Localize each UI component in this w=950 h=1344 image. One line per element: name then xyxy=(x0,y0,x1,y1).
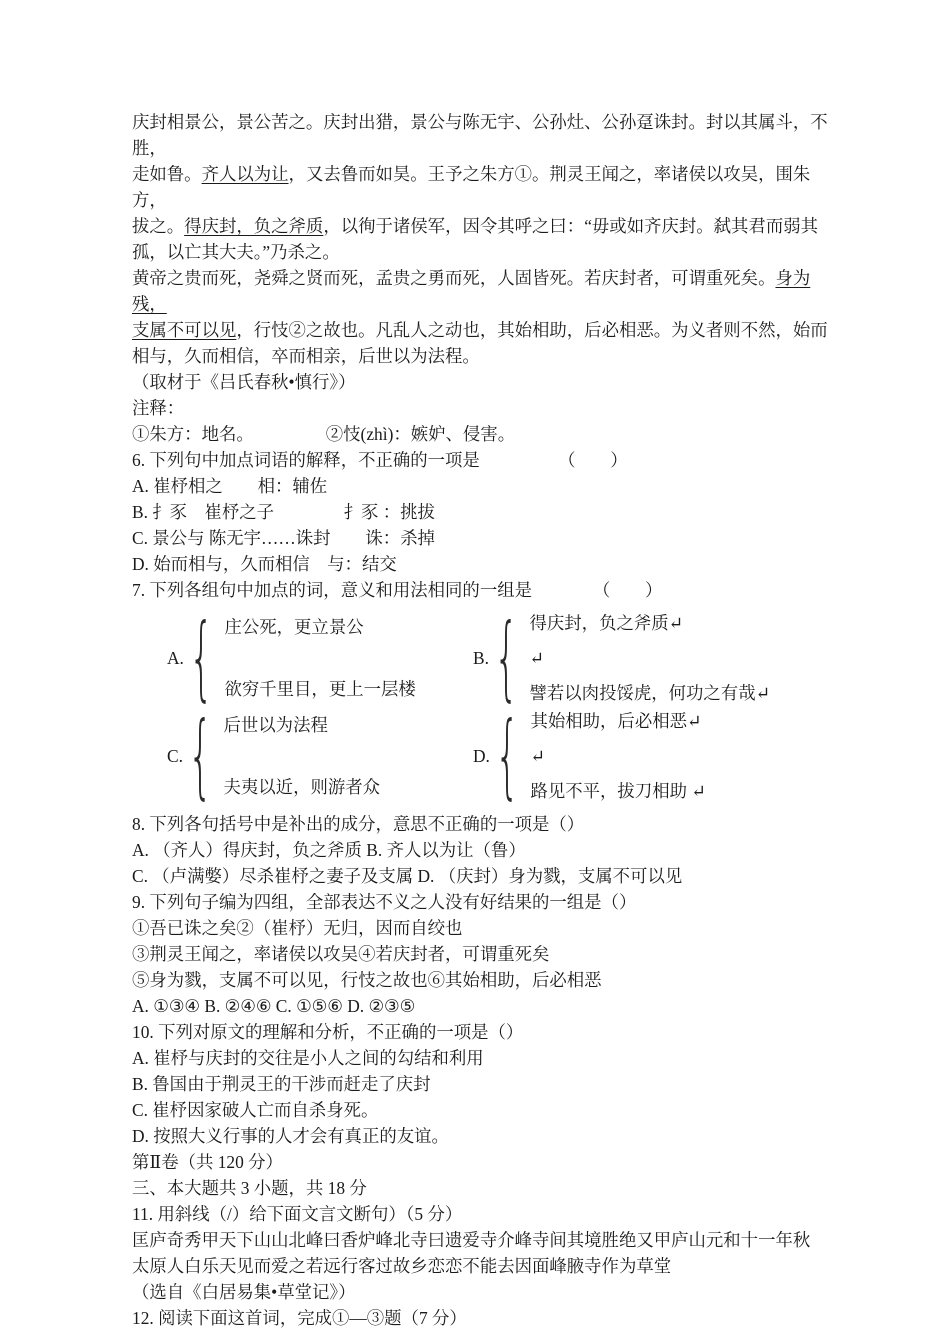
paragraph-mark: ↵ xyxy=(530,746,705,766)
passage2-line3: 相与，久而相信，卒而相亲，后世以为法程。 xyxy=(132,343,834,369)
option-group-c: C. { 后世以为法程 夫夷以近，则游者众 xyxy=(167,709,473,803)
compare-line-bottom: 欲穷千里目，更上一层楼 xyxy=(224,679,415,699)
option-label: D. xyxy=(473,743,490,769)
option-label: A. xyxy=(167,645,184,671)
question-9-items-2: ③荆灵王闻之，率诸侯以攻吴④若庆封者，可谓重死矣 xyxy=(132,941,834,967)
option-text: C. （卢满嫳）尽杀崔杼之妻子及支属 D. （庆封）身为戮，支属不可以见 xyxy=(132,866,682,886)
passage-text: ，行忮②之故也。凡乱人之动也，其始相助，后必相恶。为义者则不然，始而 xyxy=(236,320,827,340)
heading-text: 三、本大题共 3 小题，共 18 分 xyxy=(132,1178,367,1198)
question-8-options-ab: A. （齐人）得庆封，负之斧质 B. 齐人以为让（鲁） xyxy=(132,837,834,863)
underlined-phrase: 齐人以为让 xyxy=(202,164,289,184)
passage-text: 拔之。 xyxy=(132,216,184,236)
scanned-exam-page: 庆封相景公，景公苦之。庆封出猎，景公与陈无宇、公孙灶、公孙趸诛封。封以其属斗，不… xyxy=(0,0,950,1344)
question-9-items-3: ⑤身为戮，支属不可以见，行忮之故也⑥其始相助，后必相恶 xyxy=(132,967,834,993)
paragraph-mark: ↵ xyxy=(530,648,771,668)
notes-label-text: 注释： xyxy=(132,398,184,418)
compare-line-bottom: 譬若以肉投馁虎，何功之有哉↵ xyxy=(530,683,771,703)
passage-text: 走如鲁。 xyxy=(132,164,202,184)
compare-line-top: 得庆封，负之斧质↵ xyxy=(530,613,771,633)
option-text: C. 崔杼因家破人亡而自杀身死。 xyxy=(132,1100,378,1120)
question-6-option-a: A. 崔杼相之 相：辅佐 xyxy=(132,473,834,499)
note-2: ②忮(zhì)：嫉妒、侵害。 xyxy=(326,424,515,444)
passage1-line2: 走如鲁。齐人以为让，又去鲁而如昊。王予之朱方①。荆灵王闻之，率诸侯以攻吴，围朱方… xyxy=(132,161,834,213)
passage1-line3: 拔之。得庆封，负之斧质，以徇于诸侯军，因令其呼之曰：“毋或如齐庆封。弑其君而弱其 xyxy=(132,213,834,239)
option-text: D. 始而相与，久而相信 与：结交 xyxy=(132,554,397,574)
option-text: B. 鲁国由于荆灵王的干涉而赶走了庆封 xyxy=(132,1074,431,1094)
question-6-option-c: C. 景公与 陈无宇……诛封 诛：杀掉 xyxy=(132,525,834,551)
compare-line-bottom: 夫夷以近，则游者众 xyxy=(224,777,381,797)
question-10-option-d: D. 按照大义行事的人才会有真正的友谊。 xyxy=(132,1123,834,1149)
question-6-option-b: B. 扌豕 崔杼之子 扌豕 ：挑拔 xyxy=(132,499,834,525)
left-brace-icon: { xyxy=(495,710,520,802)
option-group-d: D. { 其始相助，后必相恶↵ ↵ 路见不平，拔刀相助 ↵ xyxy=(473,709,834,803)
question-11-source: （选自《白居易集•草堂记》） xyxy=(132,1279,834,1305)
option-text: A. （齐人）得庆封，负之斧质 B. 齐人以为让（鲁） xyxy=(132,840,526,860)
question-7-header: 7. 下列各组句中加点的词，意义和用法相同的一组是 （ ） xyxy=(132,577,834,603)
left-brace-icon: { xyxy=(494,612,519,704)
passage-text: 孤，以亡其大夫。”乃杀之。 xyxy=(132,242,340,262)
question-11-header: 11. 用斜线（/）给下面文言文断句）（5 分） xyxy=(132,1201,834,1227)
volume-2-heading: 第Ⅱ卷（共 120 分） xyxy=(132,1149,834,1175)
question-10-header: 10. 下列对原文的理解和分析，不正确的一项是（） xyxy=(132,1019,834,1045)
section-3-heading: 三、本大题共 3 小题，共 18 分 xyxy=(132,1175,834,1201)
passage-text: 相与，久而相信，卒而相亲，后世以为法程。 xyxy=(132,346,480,366)
source-citation: （取材于《吕氏春秋•慎行》） xyxy=(132,372,355,392)
passage2-line1: 黄帝之贵而死，尧舜之贤而死，孟贵之勇而死，人固皆死。若庆封者，可谓重死矣。身为残… xyxy=(132,265,834,317)
item-text: ①吾已诛之矣②（崔杼）无归，因而自绞也 xyxy=(132,918,462,938)
source-citation: （选自《白居易集•草堂记》） xyxy=(132,1282,355,1302)
question-10-option-b: B. 鲁国由于荆灵王的干涉而赶走了庆封 xyxy=(132,1071,834,1097)
item-text: ⑤身为戮，支属不可以见，行忮之故也⑥其始相助，后必相恶 xyxy=(132,970,602,990)
question-text: 9. 下列句子编为四组，全部表达不义之人没有好结果的一组是（） xyxy=(132,892,636,912)
passage-text: ，以徇于诸侯军，因令其呼之曰：“毋或如齐庆封。弑其君而弱其 xyxy=(323,216,818,236)
passage1-line1: 庆封相景公，景公苦之。庆封出猎，景公与陈无宇、公孙灶、公孙趸诛封。封以其属斗，不… xyxy=(132,109,834,161)
compare-line-bottom: 路见不平，拔刀相助 ↵ xyxy=(530,781,705,801)
passage-text: 黄帝之贵而死，尧舜之贤而死，孟贵之勇而死，人固皆死。若庆封者，可谓重死矣。 xyxy=(132,268,775,288)
heading-text: 第Ⅱ卷（共 120 分） xyxy=(132,1152,283,1172)
question-text: 7. 下列各组句中加点的词，意义和用法相同的一组是 （ ） xyxy=(132,580,662,600)
option-group-lines: 庄公死，更立景公 欲穷千里目，更上一层楼 xyxy=(218,617,415,699)
item-text: ③荆灵王闻之，率诸侯以攻吴④若庆封者，可谓重死矣 xyxy=(132,944,549,964)
passage-text: 太原人白乐天见而爱之若远行客过故乡恋恋不能去因面峰腋寺作为草堂 xyxy=(132,1256,671,1276)
option-text: C. 景公与 陈无宇……诛封 诛：杀掉 xyxy=(132,528,435,548)
passage2-line2: 支属不可以见，行忮②之故也。凡乱人之动也，其始相助，后必相恶。为义者则不然，始而 xyxy=(132,317,834,343)
notes-line: ①朱方：地名。②忮(zhì)：嫉妒、侵害。 xyxy=(132,421,834,447)
document-text-block: 庆封相景公，景公苦之。庆封出猎，景公与陈无宇、公孙灶、公孙趸诛封。封以其属斗，不… xyxy=(132,109,834,1331)
question-text: 12. 阅读下面这首词，完成①—③题（7 分） xyxy=(132,1308,467,1328)
compare-line-top: 其始相助，后必相恶↵ xyxy=(530,711,705,731)
passage2-source: （取材于《吕氏春秋•慎行》） xyxy=(132,369,834,395)
question-text: 10. 下列对原文的理解和分析，不正确的一项是（） xyxy=(132,1022,523,1042)
option-group-lines: 其始相助，后必相恶↵ ↵ 路见不平，拔刀相助 ↵ xyxy=(524,711,705,801)
notes-label: 注释： xyxy=(132,395,834,421)
question-11-passage-line1: 匡庐奇秀甲天下山山北峰曰香炉峰北寺曰遗爱寺介峰寺间其境胜绝又甲庐山元和十一年秋 xyxy=(132,1227,834,1253)
question-text: 8. 下列各句括号中是补出的成分，意思不正确的一项是（） xyxy=(132,814,584,834)
left-brace-icon: { xyxy=(189,612,214,704)
option-label: B. xyxy=(473,645,489,671)
option-text: A. ①③④ B. ②④⑥ C. ①⑤⑥ D. ②③⑤ xyxy=(132,996,415,1016)
option-text: D. 按照大义行事的人才会有真正的友谊。 xyxy=(132,1126,449,1146)
passage-text: 匡庐奇秀甲天下山山北峰曰香炉峰北寺曰遗爱寺介峰寺间其境胜绝又甲庐山元和十一年秋 xyxy=(132,1230,810,1250)
option-group-lines: 后世以为法程 夫夷以近，则游者众 xyxy=(218,715,381,797)
note-1: ①朱方：地名。 xyxy=(132,424,254,444)
compare-line-top: 庄公死，更立景公 xyxy=(224,617,415,637)
option-group-b: B. { 得庆封，负之斧质↵ ↵ 譬若以肉投馁虎，何功之有哉↵ xyxy=(473,611,834,705)
option-label: C. xyxy=(167,743,183,769)
question-11-passage-line2: 太原人白乐天见而爱之若远行客过故乡恋恋不能去因面峰腋寺作为草堂 xyxy=(132,1253,834,1279)
question-7-option-groups: A. { 庄公死，更立景公 欲穷千里目，更上一层楼 B. { 得庆封，负之斧质↵… xyxy=(167,611,834,803)
compare-line-top: 后世以为法程 xyxy=(224,715,381,735)
passage1-line4: 孤，以亡其大夫。”乃杀之。 xyxy=(132,239,834,265)
question-text: 11. 用斜线（/）给下面文言文断句）（5 分） xyxy=(132,1204,462,1224)
underlined-phrase: 得庆封，负之斧质 xyxy=(184,216,323,236)
question-8-options-cd: C. （卢满嫳）尽杀崔杼之妻子及支属 D. （庆封）身为戮，支属不可以见 xyxy=(132,863,834,889)
option-text: A. 崔杼相之 相：辅佐 xyxy=(132,476,327,496)
question-9-items-1: ①吾已诛之矣②（崔杼）无归，因而自绞也 xyxy=(132,915,834,941)
underlined-phrase: 支属不可以见 xyxy=(132,320,236,340)
question-9-header: 9. 下列句子编为四组，全部表达不义之人没有好结果的一组是（） xyxy=(132,889,834,915)
question-6-option-d: D. 始而相与，久而相信 与：结交 xyxy=(132,551,834,577)
question-10-option-c: C. 崔杼因家破人亡而自杀身死。 xyxy=(132,1097,834,1123)
option-text: A. 崔杼与庆封的交往是小人之间的勾结和利用 xyxy=(132,1048,484,1068)
question-text: 6. 下列句中加点词语的解释，不正确的一项是 （ ） xyxy=(132,450,628,470)
question-6-header: 6. 下列句中加点词语的解释，不正确的一项是 （ ） xyxy=(132,447,834,473)
passage-text: 庆封相景公，景公苦之。庆封出猎，景公与陈无宇、公孙灶、公孙趸诛封。封以其属斗，不… xyxy=(132,112,828,158)
left-brace-icon: { xyxy=(188,710,213,802)
option-group-lines: 得庆封，负之斧质↵ ↵ 譬若以肉投馁虎，何功之有哉↵ xyxy=(524,613,771,703)
option-text: B. 扌豕 崔杼之子 扌豕 ：挑拔 xyxy=(132,502,435,522)
question-9-answer-choices: A. ①③④ B. ②④⑥ C. ①⑤⑥ D. ②③⑤ xyxy=(132,993,834,1019)
question-12-header: 12. 阅读下面这首词，完成①—③题（7 分） xyxy=(132,1305,834,1331)
question-10-option-a: A. 崔杼与庆封的交往是小人之间的勾结和利用 xyxy=(132,1045,834,1071)
option-group-a: A. { 庄公死，更立景公 欲穷千里目，更上一层楼 xyxy=(167,611,473,705)
question-8-header: 8. 下列各句括号中是补出的成分，意思不正确的一项是（） xyxy=(132,811,834,837)
